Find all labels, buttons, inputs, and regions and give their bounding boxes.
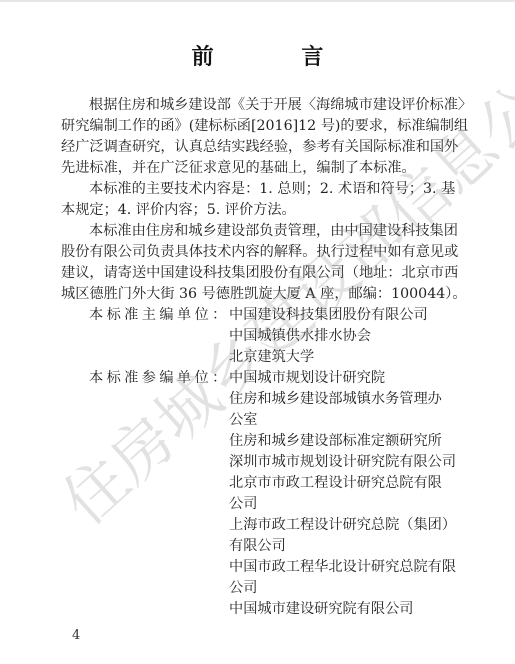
participating-unit: 上海市政工程设计研究总院（集团） [229,515,456,536]
chief-unit: 中国建设科技集团股份有限公司 [229,305,428,326]
paragraph-line: 先进标准，并在广泛征求意见的基础上，编制了本标准。 [61,158,456,179]
chief-units-label: 本标准主编单位： [89,305,229,326]
paragraph-management: 本标准由住房和城乡建设部负责管理，由中国建设科技集团 股份有限公司负责具体技术内… [61,221,456,305]
paragraph-line: 城区德胜门外大街 36 号德胜凯旋大厦 A 座，邮编：100044）。 [61,284,456,305]
participating-unit: 中国城市规划设计研究院 [229,368,385,389]
participating-unit: 深圳市城市规划设计研究院有限公司 [229,452,456,473]
paragraph-line: 建议，请寄送中国建设科技集团股份有限公司（地址：北京市西 [61,263,456,284]
page-title: 前 言 [0,40,515,71]
paragraph-line: 根据住房和城乡建设部《关于开展〈海绵城市建设评价标准〉 [61,95,456,116]
chief-unit: 中国城镇供水排水协会 [229,326,371,347]
paragraph-technical-content: 本标准的主要技术内容是：1. 总则；2. 术语和符号；3. 基 本规定；4. 评… [61,179,456,221]
participating-unit: 住房和城乡建设部标准定额研究所 [229,431,442,452]
document-page: 前 言 根据住房和城乡建设部《关于开展〈海绵城市建设评价标准〉 研究编制工作的函… [0,0,515,664]
paragraph-line: 研究编制工作的函》(建标标函[2016]12 号)的要求，标准编制组 [61,116,456,137]
paragraph-line: 经广泛调查研究，认真总结实践经验，参考有关国际标准和国外 [61,137,456,158]
participating-unit: 中国城市建设研究院有限公司 [229,599,413,620]
participating-unit: 公司 [229,578,257,599]
paragraph-line: 本规定；4. 评价内容；5. 评价方法。 [61,200,456,221]
participating-unit: 公室 [229,410,257,431]
participating-unit: 住房和城乡建设部城镇水务管理办 [229,389,442,410]
paragraph-background: 根据住房和城乡建设部《关于开展〈海绵城市建设评价标准〉 研究编制工作的函》(建标… [61,95,456,179]
participating-units-label: 本标准参编单位： [89,368,229,389]
participating-unit: 公司 [229,494,257,515]
page-number: 4 [72,628,80,643]
paragraph-line: 本标准由住房和城乡建设部负责管理，由中国建设科技集团 [61,221,456,242]
paragraph-line: 股份有限公司负责具体技术内容的解释。执行过程中如有意见或 [61,242,456,263]
participating-unit: 有限公司 [229,536,286,557]
chief-unit: 北京建筑大学 [229,347,314,368]
paragraph-line: 本标准的主要技术内容是：1. 总则；2. 术语和符号；3. 基 [61,179,456,200]
participating-unit: 北京市市政工程设计研究总院有限 [229,473,442,494]
participating-unit: 中国市政工程华北设计研究总院有限 [229,557,456,578]
